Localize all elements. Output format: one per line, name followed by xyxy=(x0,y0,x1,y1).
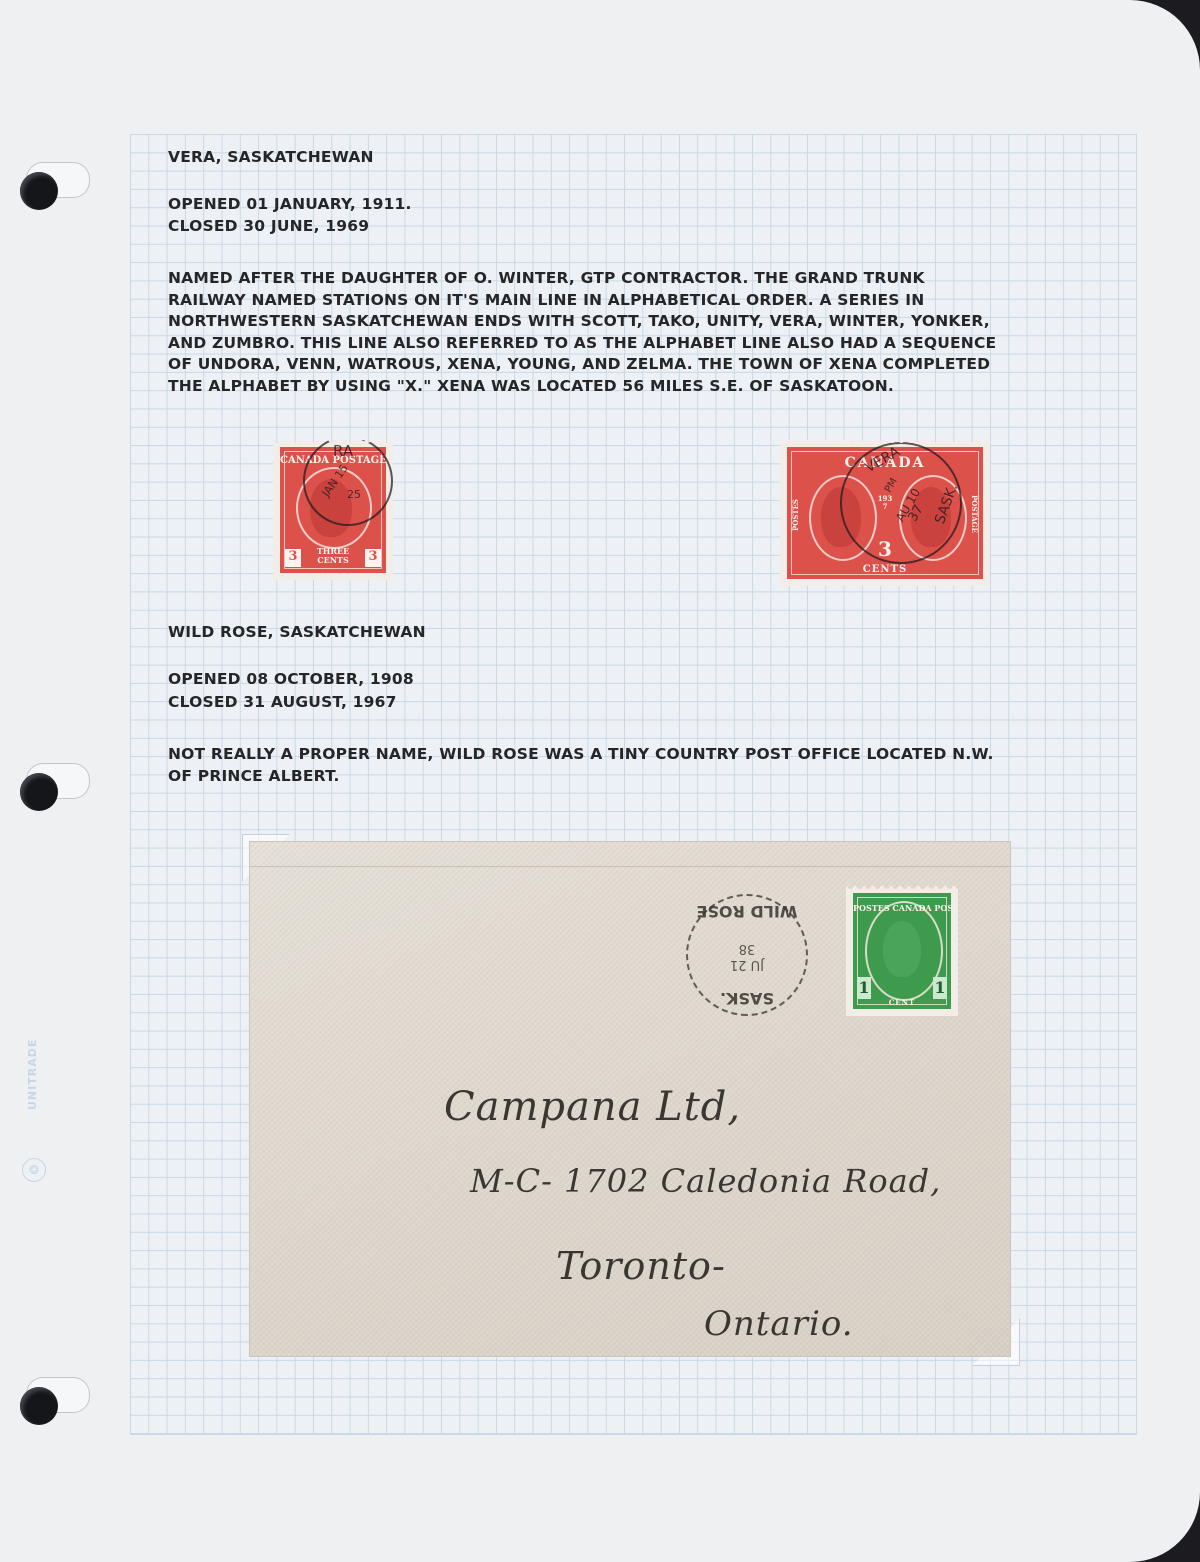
stamp-side-right: POSTAGE xyxy=(970,495,979,533)
wild-rose-postmark: WILD ROSE JU 2138 SASK. xyxy=(686,894,808,1016)
vera-description-line: AND ZUMBRO. THIS LINE ALSO REFERRED TO A… xyxy=(168,333,996,355)
address-line-3: Toronto- xyxy=(556,1244,726,1288)
binder-hole-middle xyxy=(0,763,64,797)
wild-rose-closed: CLOSED 31 AUGUST, 1967 xyxy=(168,691,397,713)
stamp-side-left: POSTES xyxy=(791,499,800,531)
vera-description-line: OF UNDORA, VENN, WATROUS, XENA, YOUNG, A… xyxy=(168,354,996,376)
stamp-value-text: CENTS xyxy=(787,564,983,575)
stamp-denomination-left: 1 xyxy=(857,977,871,999)
wild-rose-description-line: NOT REALLY A PROPER NAME, WILD ROSE WAS … xyxy=(168,744,994,766)
stamp-admiral-3-cents: CANADA POSTAGE 3 3 THREE CENTS RA JAN 15… xyxy=(273,440,393,580)
king-portrait xyxy=(883,921,921,977)
vera-closed: CLOSED 30 JUNE, 1969 xyxy=(168,215,369,237)
stamp-value-text: THREE CENTS xyxy=(304,547,362,565)
cancel-town: RA xyxy=(333,442,353,460)
stamp-denomination-left: 3 xyxy=(285,549,301,567)
stamp-mufti-1-cent: POSTES CANADA POSTAGE 1 1 CENT xyxy=(846,886,958,1016)
vera-description-line: NAMED AFTER THE DAUGHTER OF O. WINTER, G… xyxy=(168,268,996,290)
binder-hole-top xyxy=(0,162,64,196)
wild-rose-description-line: OF PRINCE ALBERT. xyxy=(168,766,994,788)
postmark-day: JU 21 xyxy=(730,957,764,972)
envelope-flap-fold xyxy=(250,842,1010,867)
stamp-denomination-right: 3 xyxy=(365,549,381,567)
stamp-country: POSTES CANADA POSTAGE xyxy=(853,903,951,913)
address-line-4: Ontario. xyxy=(704,1304,854,1344)
postmark-date: JU 2138 xyxy=(688,940,806,972)
postmark-town: WILD ROSE xyxy=(688,902,806,921)
vera-description-line: THE ALPHABET BY USING "X." XENA WAS LOCA… xyxy=(168,376,996,398)
maple-leaf-logo-icon: ❂ xyxy=(22,1158,46,1182)
vera-description: NAMED AFTER THE DAUGHTER OF O. WINTER, G… xyxy=(168,268,996,397)
section-title-vera: VERA, SASKATCHEWAN xyxy=(168,146,374,168)
vera-description-line: RAILWAY NAMED STATIONS ON IT'S MAIN LINE… xyxy=(168,290,996,312)
album-page: UNITRADE ❂ VERA, SASKATCHEWAN OPENED 01 … xyxy=(0,0,1200,1562)
address-line-2: M-C- 1702 Caledonia Road, xyxy=(470,1162,941,1200)
vera-opened: OPENED 01 JANUARY, 1911. xyxy=(168,193,412,215)
section-title-wild-rose: WILD ROSE, SASKATCHEWAN xyxy=(168,621,426,643)
wild-rose-description: NOT REALLY A PROPER NAME, WILD ROSE WAS … xyxy=(168,744,994,787)
cancel-year: 25 xyxy=(347,488,361,501)
binder-hole-bottom xyxy=(0,1377,64,1411)
stamp-coronation-3-cents: CANADA POSTES POSTAGE 1937 3 CENTS VERA … xyxy=(780,440,990,586)
watermark-brand: UNITRADE xyxy=(26,1039,39,1110)
postmark-province: SASK. xyxy=(688,989,806,1008)
publisher-watermark: UNITRADE ❂ xyxy=(18,1040,58,1190)
address-line-1: Campana Ltd, xyxy=(444,1084,741,1130)
wild-rose-opened: OPENED 08 OCTOBER, 1908 xyxy=(168,668,414,690)
stamp-denomination-right: 1 xyxy=(933,977,947,999)
postmark-year: 38 xyxy=(739,941,756,956)
stamp-value-text: CENT xyxy=(853,998,951,1007)
vera-description-line: NORTHWESTERN SASKATCHEWAN ENDS WITH SCOT… xyxy=(168,311,996,333)
